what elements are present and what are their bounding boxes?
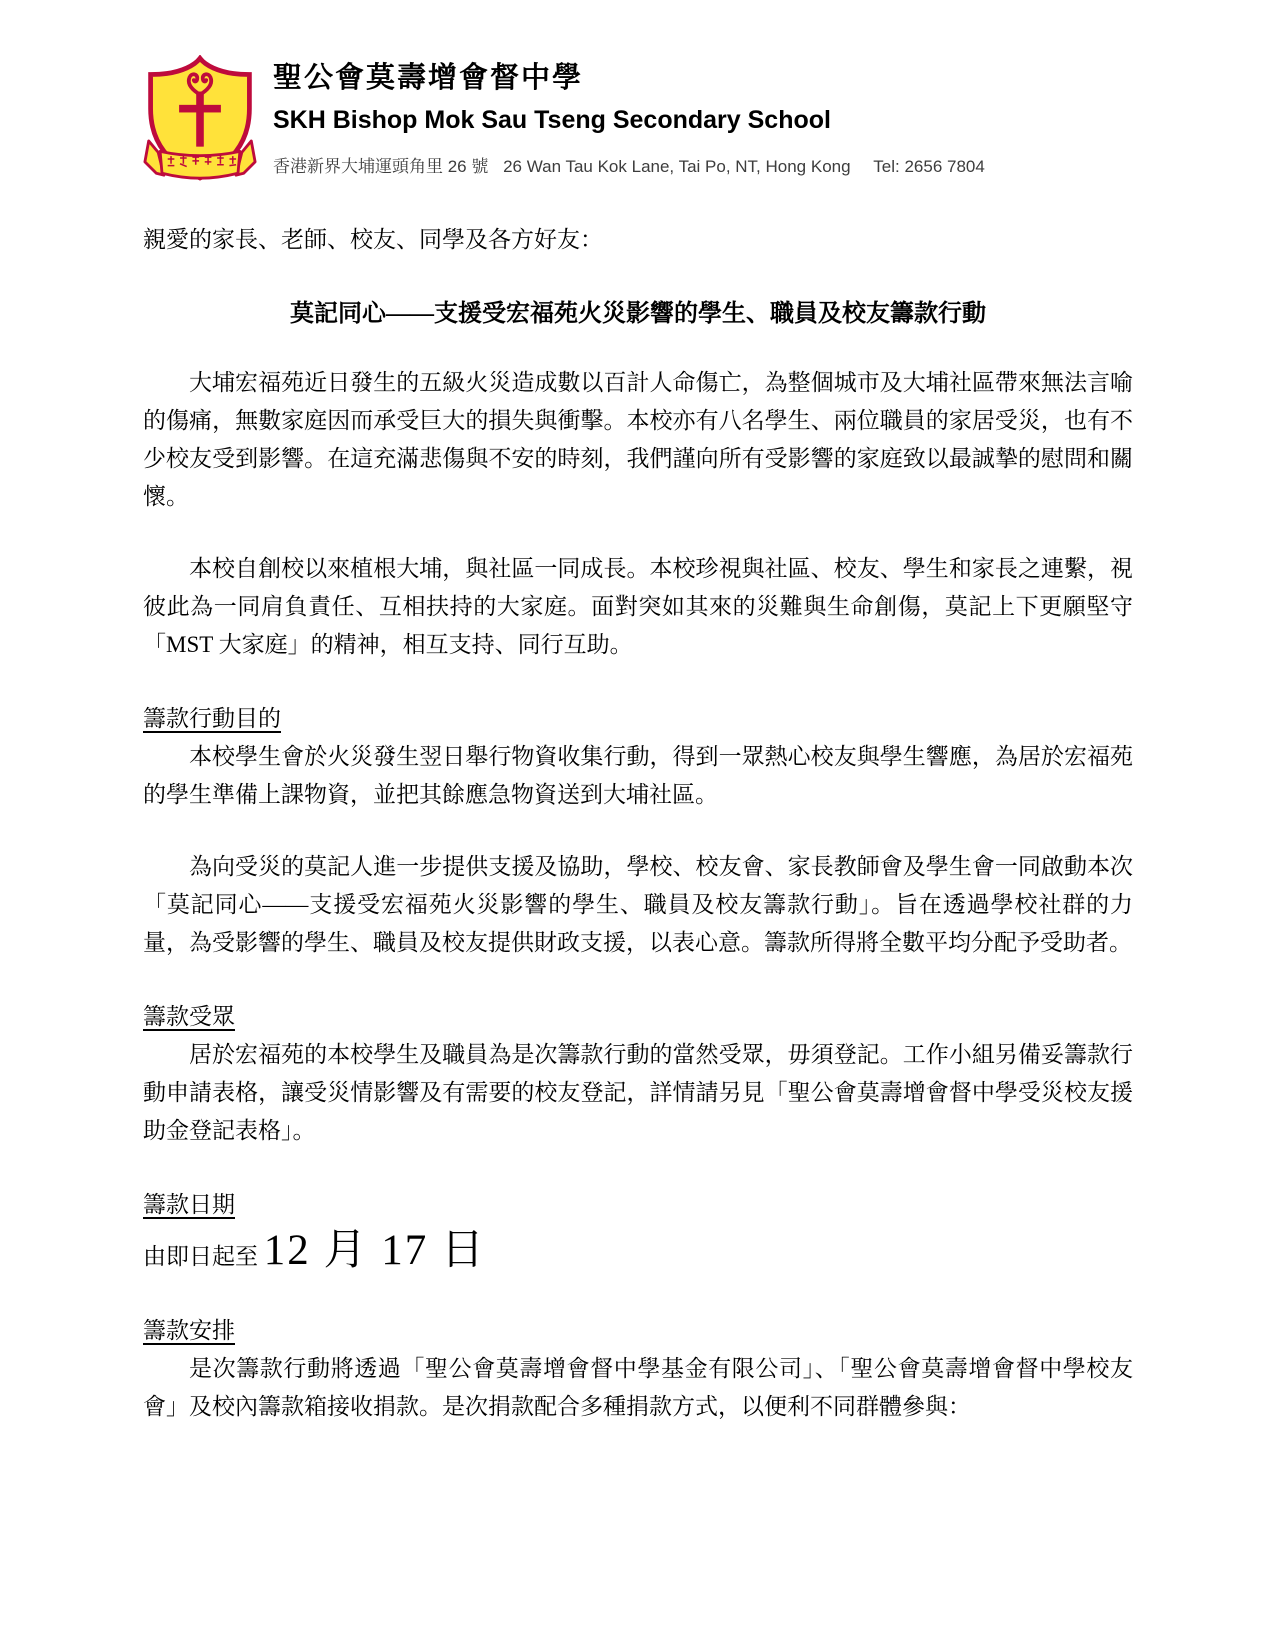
- purpose-paragraph-1: 本校學生會於火災發生翌日舉行物資收集行動，得到一眾熱心校友與學生響應，為居於宏福…: [143, 738, 1133, 814]
- crest-cross-stem: [196, 92, 204, 147]
- intro-paragraph-1: 大埔宏福苑近日發生的五級火災造成數以百計人命傷亡，為整個城市及大埔社區帶來無法言…: [143, 364, 1133, 516]
- crest-banner-strip: [160, 151, 240, 178]
- school-address-line: 香港新界大埔運頭角里 26 號 26 Wan Tau Kok Lane, Tai…: [273, 152, 995, 177]
- section-heading-purpose: 籌款行動目的: [143, 700, 1133, 738]
- letterhead: 聖公會莫壽增會督中學 SKH Bishop Mok Sau Tseng Seco…: [143, 55, 1133, 187]
- intro-paragraph-2: 本校自創校以來植根大埔，與社區一同成長。本校珍視與社區、校友、學生和家長之連繫，…: [143, 550, 1133, 664]
- beneficiaries-paragraph: 居於宏福苑的本校學生及職員為是次籌款行動的當然受眾，毋須登記。工作小組另備妥籌款…: [143, 1036, 1133, 1150]
- letter-title: 莫記同心——支援受宏福苑火災影響的學生、職員及校友籌款行動: [143, 299, 1133, 330]
- school-name-zh: 聖公會莫壽增會督中學: [273, 63, 995, 95]
- date-deadline: 12 月 17 日: [264, 1227, 486, 1274]
- school-crest-logo: [143, 55, 257, 187]
- fundraising-date-line: 由即日起至 12 月 17 日: [143, 1232, 1133, 1276]
- school-address-en: 26 Wan Tau Kok Lane, Tai Po, NT, Hong Ko…: [503, 157, 850, 176]
- date-prefix: 由即日起至: [143, 1244, 258, 1269]
- letter-page: 聖公會莫壽增會督中學 SKH Bishop Mok Sau Tseng Seco…: [0, 0, 1275, 1650]
- letter-body: 親愛的家長、老師、校友、同學及各方好友： 莫記同心——支援受宏福苑火災影響的學生…: [143, 221, 1133, 1426]
- section-heading-arrangement: 籌款安排: [143, 1312, 1133, 1350]
- purpose-paragraph-2: 為向受災的莫記人進一步提供支援及協助，學校、校友會、家長教師會及學生會一同啟動本…: [143, 848, 1133, 962]
- school-tel: Tel: 2656 7804: [873, 157, 985, 176]
- crest-cross-bar: [179, 105, 221, 113]
- school-name-en: SKH Bishop Mok Sau Tseng Secondary Schoo…: [273, 107, 995, 135]
- arrangement-paragraph: 是次籌款行動將透過「聖公會莫壽增會督中學基金有限公司」、「聖公會莫壽增會督中學校…: [143, 1350, 1133, 1426]
- school-address-zh: 香港新界大埔運頭角里 26 號: [273, 157, 488, 176]
- section-heading-date: 籌款日期: [143, 1186, 1133, 1224]
- letterhead-text: 聖公會莫壽增會督中學 SKH Bishop Mok Sau Tseng Seco…: [273, 55, 995, 177]
- section-heading-beneficiaries: 籌款受眾: [143, 998, 1133, 1036]
- salutation: 親愛的家長、老師、校友、同學及各方好友：: [143, 221, 1133, 259]
